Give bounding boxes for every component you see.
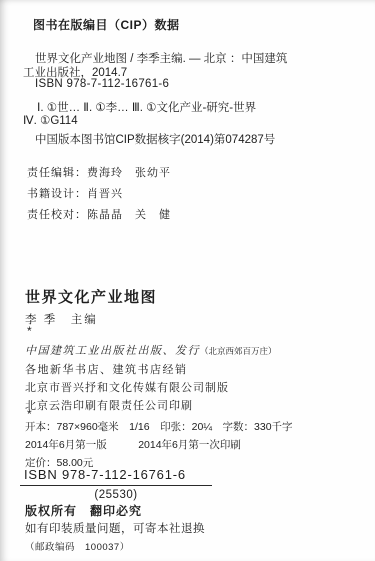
staff-proofreader-names: 陈晶晶 关 健 (87, 209, 171, 221)
format-specs-line: 开本：787×960毫米 1/16 印张：20¼ 字数：330千字 (25, 419, 293, 434)
staff-designer-names: 肖晋兴 (87, 188, 123, 200)
staff-designer-row: 书籍设计：肖晋兴 (27, 185, 123, 201)
isbn-block: ISBN 978-7-112-16761-6 (25530) (20, 467, 212, 501)
isbn-number: ISBN 978-7-112-16761-6 (20, 467, 212, 486)
plate-making-line: 北京市晋兴抒和文化传媒有限公司制版 (25, 379, 229, 395)
cip-isbn: ISBN 978-7-112-16761-6 (35, 78, 169, 90)
quality-return-notice: 如有印装质量问题，可寄本社退换 (25, 520, 205, 536)
chief-editor: 李 季 主编 (25, 311, 98, 327)
separator-star-1: * (27, 324, 32, 338)
printing-line: 北京云浩印刷有限责任公司印刷 (25, 397, 193, 413)
cip-header: 图书在版编目（CIP）数据 (33, 16, 180, 33)
publisher-line: 中国建筑工业出版社出版、发行（北京西郊百万庄） (25, 342, 277, 358)
staff-proofreader-row: 责任校对：陈晶晶 关 健 (27, 206, 171, 222)
publisher-name: 中国建筑工业出版社出版、发行 (25, 345, 200, 357)
staff-editor-row: 责任编辑：费海玲 张幼平 (27, 164, 171, 180)
classification-line-2: Ⅳ. ①G114 (23, 113, 78, 127)
cip-record-number: 中国版本图书馆CIP数据核字(2014)第074287号 (35, 131, 275, 147)
book-copyright-page: 图书在版编目（CIP）数据 世界文化产业地图 / 李季主编. — 北京 ：中国建… (0, 0, 375, 561)
staff-designer-label: 书籍设计： (27, 188, 87, 200)
book-title: 世界文化产业地图 (25, 286, 157, 307)
postal-code: （邮政编码 100037） (25, 539, 130, 553)
distribution-line: 各地新华书店、建筑书店经销 (25, 361, 188, 377)
copyright-notice: 版权所有 翻印必究 (25, 502, 142, 519)
staff-proofreader-label: 责任校对： (27, 209, 87, 221)
book-order-number: (25530) (20, 486, 212, 501)
publisher-address-note: （北京西郊百万庄） (200, 346, 277, 356)
edition-printing-line: 2014年6月第一版 2014年6月第一次印刷 (25, 437, 241, 452)
staff-editor-label: 责任编辑： (27, 167, 87, 179)
staff-editor-names: 费海玲 张幼平 (87, 167, 171, 179)
